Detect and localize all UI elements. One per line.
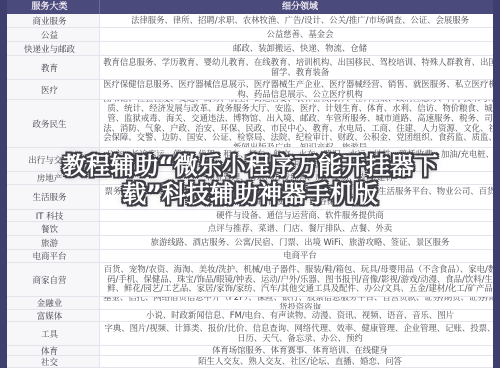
table-row: 社交 陌生人交友、熟人交友、社区/论坛、直播、婚恋、问答: [0, 356, 500, 368]
category-cell: 商家自营: [0, 263, 100, 296]
table-row: IT 科技 硬件与设备、通信与运营商、软件服务提供商: [0, 210, 500, 222]
fields-text: 百货、宠物/农资、海淘、美妆/洗护、机械/电子器件、服装/鞋/箱包、玩具/母婴用…: [103, 265, 497, 294]
table-header-row: 服务大类 细分领域: [0, 0, 500, 14]
fields-text: 字典、图片/视频、计算类、报价/比价、信息查询、网络代理、效率、健康管理、企业管…: [103, 324, 497, 344]
fields-text: 图书馆、检验检疫、交通、商务、航空、街道居委、农林畜牧海洋、社科档案、政府应急办…: [103, 100, 497, 147]
fields-text: 点评与推荐、菜谱、门店、餐厅排队、点餐、外卖: [103, 224, 497, 234]
table-row: 商业服务 法律服务、律所、招聘/求职、农林牧渔、广告/设计、公关/推广/市场调查…: [0, 14, 500, 28]
category-cell: 政务民生: [0, 100, 100, 147]
category-cell: 教育: [0, 56, 100, 79]
fields-cell: 医疗保健信息服务、医疗器械信息展示、医疗器械生产企业、医疗器械经营、销售、就医服…: [100, 80, 500, 99]
fields-cell: 硬件与设备、通信与运营商、软件服务提供商: [100, 210, 500, 221]
category-cell: 体育: [0, 346, 100, 355]
fields-cell: 百货、宠物/农资、海淘、美妆/洗护、机械/电子器件、服装/鞋/箱包、玩具/母婴用…: [100, 263, 500, 296]
category-cell: 医疗: [0, 80, 100, 99]
header-fields-column: 细分领域: [100, 0, 500, 14]
header-category-column: 服务大类: [0, 0, 100, 14]
fields-cell: 体育场馆服务、体育赛事、体育培训、在线健身: [100, 346, 500, 355]
category-cell: 快递业与邮政: [0, 42, 100, 55]
fields-cell: 陌生人交友、熟人交友、社区/论坛、直播、婚恋、问答: [100, 356, 500, 367]
fields-cell: 图书馆、检验检疫、交通、商务、航空、街道居委、农林畜牧海洋、社科档案、政府应急办…: [100, 100, 500, 147]
table-row: 体育 体育场馆服务、体育赛事、体育培训、在线健身: [0, 346, 500, 356]
fields-text: 邮政、装卸搬运、快递、物流、仓储: [103, 44, 497, 54]
fields-text: 硬件与设备、通信与运营商、软件服务提供商: [103, 211, 497, 221]
spam-watermark-text: 教程辅助“微乐小程序万能开挂器下 载”科技辅助神器手机版: [0, 152, 500, 208]
table-row: 餐饮 点评与推荐、菜谱、门店、餐厅排队、点餐、外卖: [0, 222, 500, 236]
category-cell: 工具: [0, 322, 100, 345]
fields-text: 医疗保健信息服务、医疗器械信息展示、医疗器械生产企业、医疗器械经营、销售、就医服…: [103, 80, 497, 99]
table-row: 政务民生 图书馆、检验检疫、交通、商务、航空、街道居委、农林畜牧海洋、社科档案、…: [0, 100, 500, 148]
table-row: 旅游 旅游线路、酒店服务、公寓/民宿、门票、出境 WiFi、旅游攻略、签证、景区…: [0, 236, 500, 250]
fields-text: 旅游线路、酒店服务、公寓/民宿、门票、出境 WiFi、旅游攻略、签证、景区服务: [103, 238, 497, 248]
fields-text: 体育场馆服务、体育赛事、体育培训、在线健身: [103, 346, 497, 355]
fields-text: 基金、信托、网络借贷信息中介（P2P）、保险、银行、股票信息服务平台、自营贷款、…: [103, 297, 497, 309]
spam-watermark-line2: 载”科技辅助神器手机版: [0, 180, 500, 208]
fields-text: 教育信息服务、学历教育、婴幼儿教育、在线教育、培训机构、出国移民、驾校培训、特殊…: [103, 58, 497, 78]
fields-cell: 法律服务、律所、招聘/求职、农林牧渔、广告/设计、公关/推广/市场调查、公证、会…: [100, 14, 500, 27]
fields-cell: 邮政、装卸搬运、快递、物流、仓储: [100, 42, 500, 55]
table-row: 工具 字典、图片/视频、计算类、报价/比价、信息查询、网络代理、效率、健康管理、…: [0, 322, 500, 346]
fields-text: 公益慈善、基金会: [103, 30, 497, 40]
fields-cell: 电商平台: [100, 250, 500, 262]
category-cell: 金融业: [0, 297, 100, 309]
fields-cell: 字典、图片/视频、计算类、报价/比价、信息查询、网络代理、效率、健康管理、企业管…: [100, 322, 500, 345]
category-cell: 公益: [0, 28, 100, 41]
category-cell: 旅游: [0, 236, 100, 249]
fields-cell: 点评与推荐、菜谱、门店、餐厅排队、点餐、外卖: [100, 222, 500, 235]
fields-text: 小说、时政新闻信息、FM/电台、有声读物、动漫、资讯、视频、语音、音乐、图片: [103, 311, 497, 321]
fields-cell: 公益慈善、基金会: [100, 28, 500, 41]
table-row: 金融业 基金、信托、网络借贷信息中介（P2P）、保险、银行、股票信息服务平台、自…: [0, 297, 500, 310]
table-row: 快递业与邮政 邮政、装卸搬运、快递、物流、仓储: [0, 42, 500, 56]
table-row: 医疗 医疗保健信息服务、医疗器械信息展示、医疗器械生产企业、医疗器械经营、销售、…: [0, 80, 500, 100]
fields-text: 电商平台: [103, 251, 497, 261]
fields-cell: 基金、信托、网络借贷信息中介（P2P）、保险、银行、股票信息服务平台、自营贷款、…: [100, 297, 500, 309]
table-row: 公益 公益慈善、基金会: [0, 28, 500, 42]
fields-cell: 小说、时政新闻信息、FM/电台、有声读物、动漫、资讯、视频、语音、音乐、图片: [100, 310, 500, 321]
category-cell: 商业服务: [0, 14, 100, 27]
table-row: 教育 教育信息服务、学历教育、婴幼儿教育、在线教育、培训机构、出国移民、驾校培训…: [0, 56, 500, 80]
category-cell: 富媒体: [0, 310, 100, 321]
table-row: 富媒体 小说、时政新闻信息、FM/电台、有声读物、动漫、资讯、视频、语音、音乐、…: [0, 310, 500, 322]
fields-text: 法律服务、律所、招聘/求职、农林牧渔、广告/设计、公关/推广/市场调查、公证、会…: [103, 16, 497, 26]
fields-text: 陌生人交友、熟人交友、社区/论坛、直播、婚恋、问答: [103, 357, 497, 367]
category-cell: 餐饮: [0, 222, 100, 235]
spam-watermark-line1: 教程辅助“微乐小程序万能开挂器下: [0, 152, 500, 180]
category-cell: IT 科技: [0, 210, 100, 221]
fields-cell: 旅游线路、酒店服务、公寓/民宿、门票、出境 WiFi、旅游攻略、签证、景区服务: [100, 236, 500, 249]
category-cell: 社交: [0, 356, 100, 367]
category-cell: 电商平台: [0, 250, 100, 262]
table-row: 电商平台 电商平台: [0, 250, 500, 263]
fields-cell: 教育信息服务、学历教育、婴幼儿教育、在线教育、培训机构、出国移民、驾校培训、特殊…: [100, 56, 500, 79]
table-row: 商家自营 百货、宠物/农资、海淘、美妆/洗护、机械/电子器件、服装/鞋/箱包、玩…: [0, 263, 500, 297]
